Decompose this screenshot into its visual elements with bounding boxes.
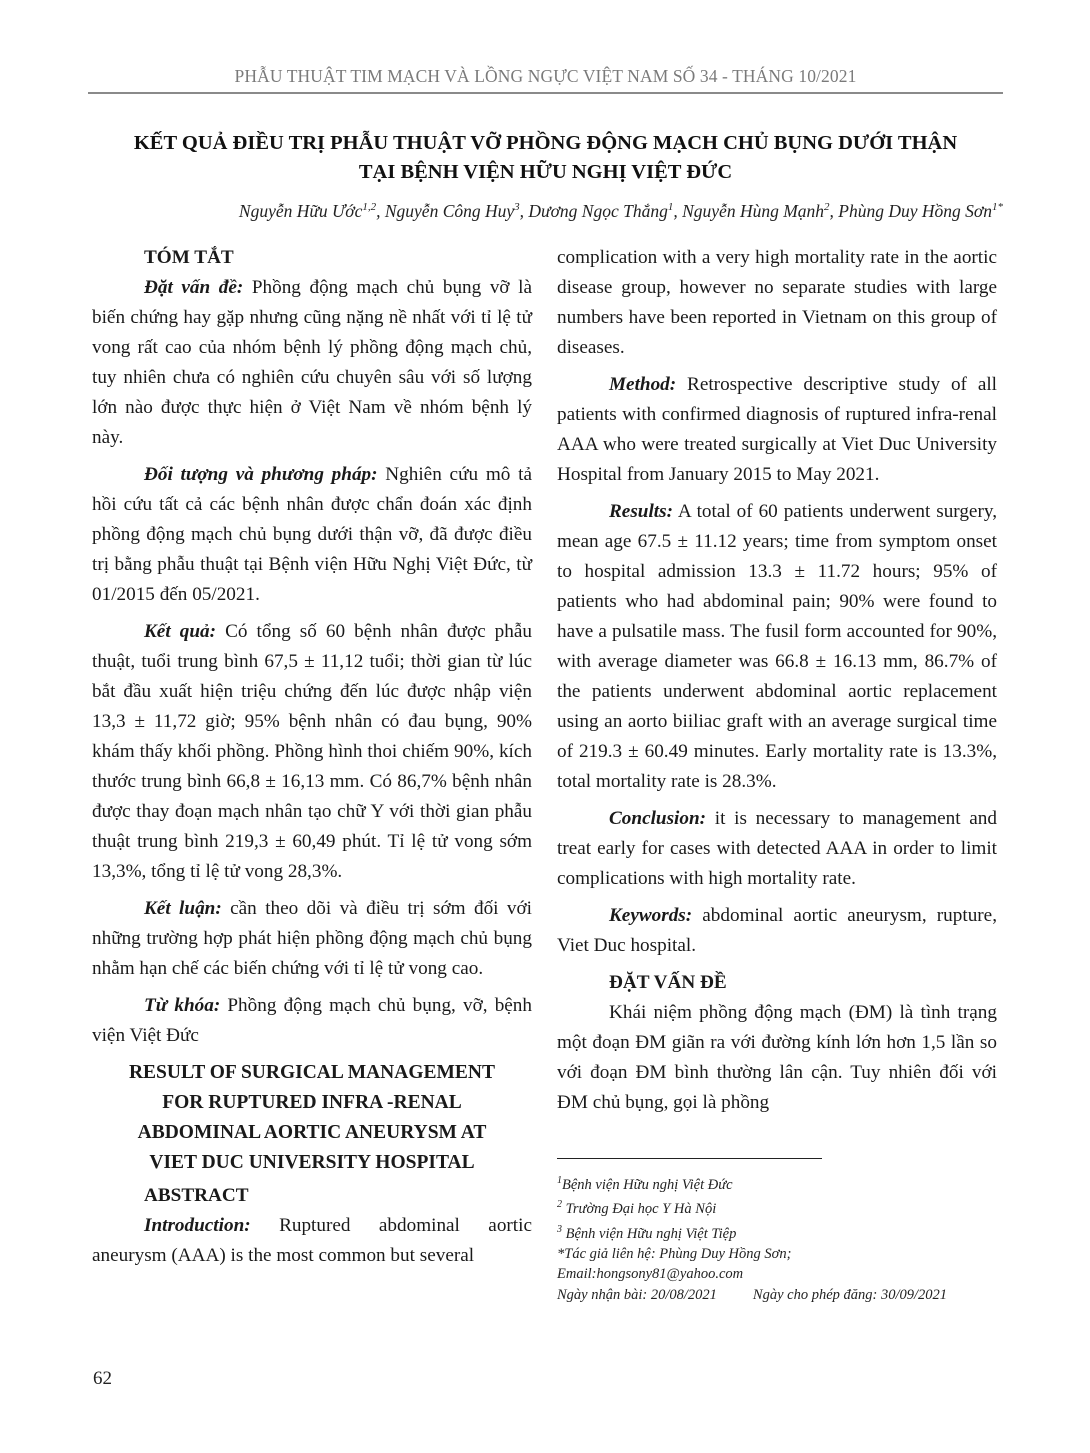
abstract-results: Results: A total of 60 patients underwen…	[557, 497, 997, 797]
page-number: 62	[93, 1368, 112, 1390]
abstract-introduction-cont: complication with a very high mortality …	[557, 243, 997, 363]
author: Phùng Duy Hồng Sơn1*	[838, 201, 1003, 221]
title-line-1: KẾT QUẢ ĐIỀU TRỊ PHẪU THUẬT VỠ PHỒNG ĐỘN…	[88, 129, 1003, 158]
running-header: PHẪU THUẬT TIM MẠCH VÀ LỒNG NGỰC VIỆT NA…	[88, 66, 1003, 87]
author: Nguyễn Công Huy3,	[385, 201, 529, 221]
introduction-text: Khái niệm phồng động mạch (ĐM) là tình t…	[557, 998, 997, 1118]
footnote-affiliation-3: 3 Bệnh viện Hữu nghị Việt Tiệp	[557, 1220, 997, 1244]
received-date: Ngày nhận bài: 20/08/2021	[557, 1285, 717, 1306]
footnotes: 1Bệnh viện Hữu nghị Việt Đức 2 Trường Đạ…	[557, 1171, 997, 1305]
footnote-dates: Ngày nhận bài: 20/08/2021 Ngày cho phép …	[557, 1285, 997, 1306]
right-column: complication with a very high mortality …	[557, 243, 997, 1305]
abstract-conclusion: Conclusion: it is necessary to managemen…	[557, 804, 997, 894]
abstract-keywords: Keywords: abdominal aortic aneurysm, rup…	[557, 901, 997, 961]
abstract-heading: ABSTRACT	[92, 1181, 532, 1211]
header-rule	[88, 92, 1003, 94]
abstract-method: Method: Retrospective descriptive study …	[557, 370, 997, 490]
summary-conclusion: Kết luận: cần theo dõi và điều trị sớm đ…	[92, 894, 532, 984]
abstract-introduction: Introduction: Ruptured abdominal aortic …	[92, 1211, 532, 1271]
accepted-date: Ngày cho phép đăng: 30/09/2021	[753, 1285, 947, 1306]
author: Nguyễn Hữu Ước1,2,	[239, 201, 385, 221]
summary-heading: TÓM TẮT	[92, 243, 532, 273]
footnote-rule	[557, 1158, 822, 1159]
summary-methods: Đối tượng và phương pháp: Nghiên cứu mô …	[92, 460, 532, 610]
summary-background: Đặt vấn đề: Phồng động mạch chủ bụng vỡ …	[92, 273, 532, 453]
footnote-affiliation-1: 1Bệnh viện Hữu nghị Việt Đức	[557, 1171, 997, 1195]
author-list: Nguyễn Hữu Ước1,2, Nguyễn Công Huy3, Dươ…	[88, 201, 1005, 222]
article-title: KẾT QUẢ ĐIỀU TRỊ PHẪU THUẬT VỠ PHỒNG ĐỘN…	[88, 129, 1003, 187]
author: Dương Ngọc Thắng1,	[528, 201, 682, 221]
footnote-affiliation-2: 2 Trường Đại học Y Hà Nội	[557, 1195, 997, 1219]
left-column: TÓM TẮT Đặt vấn đề: Phồng động mạch chủ …	[92, 243, 532, 1278]
footnote-email: Email:hongsony81@yahoo.com	[557, 1264, 997, 1285]
summary-results: Kết quả: Có tổng số 60 bệnh nhân được ph…	[92, 617, 532, 887]
english-title: RESULT OF SURGICAL MANAGEMENT FOR RUPTUR…	[92, 1058, 532, 1178]
footnote-corresponding-author: *Tác giả liên hệ: Phùng Duy Hồng Sơn;	[557, 1244, 997, 1265]
introduction-heading: ĐẶT VẤN ĐỀ	[557, 968, 997, 998]
summary-keywords: Từ khóa: Phồng động mạch chủ bụng, vỡ, b…	[92, 991, 532, 1051]
title-line-2: TẠI BỆNH VIỆN HỮU NGHỊ VIỆT ĐỨC	[88, 158, 1003, 187]
author: Nguyễn Hùng Mạnh2,	[682, 201, 838, 221]
